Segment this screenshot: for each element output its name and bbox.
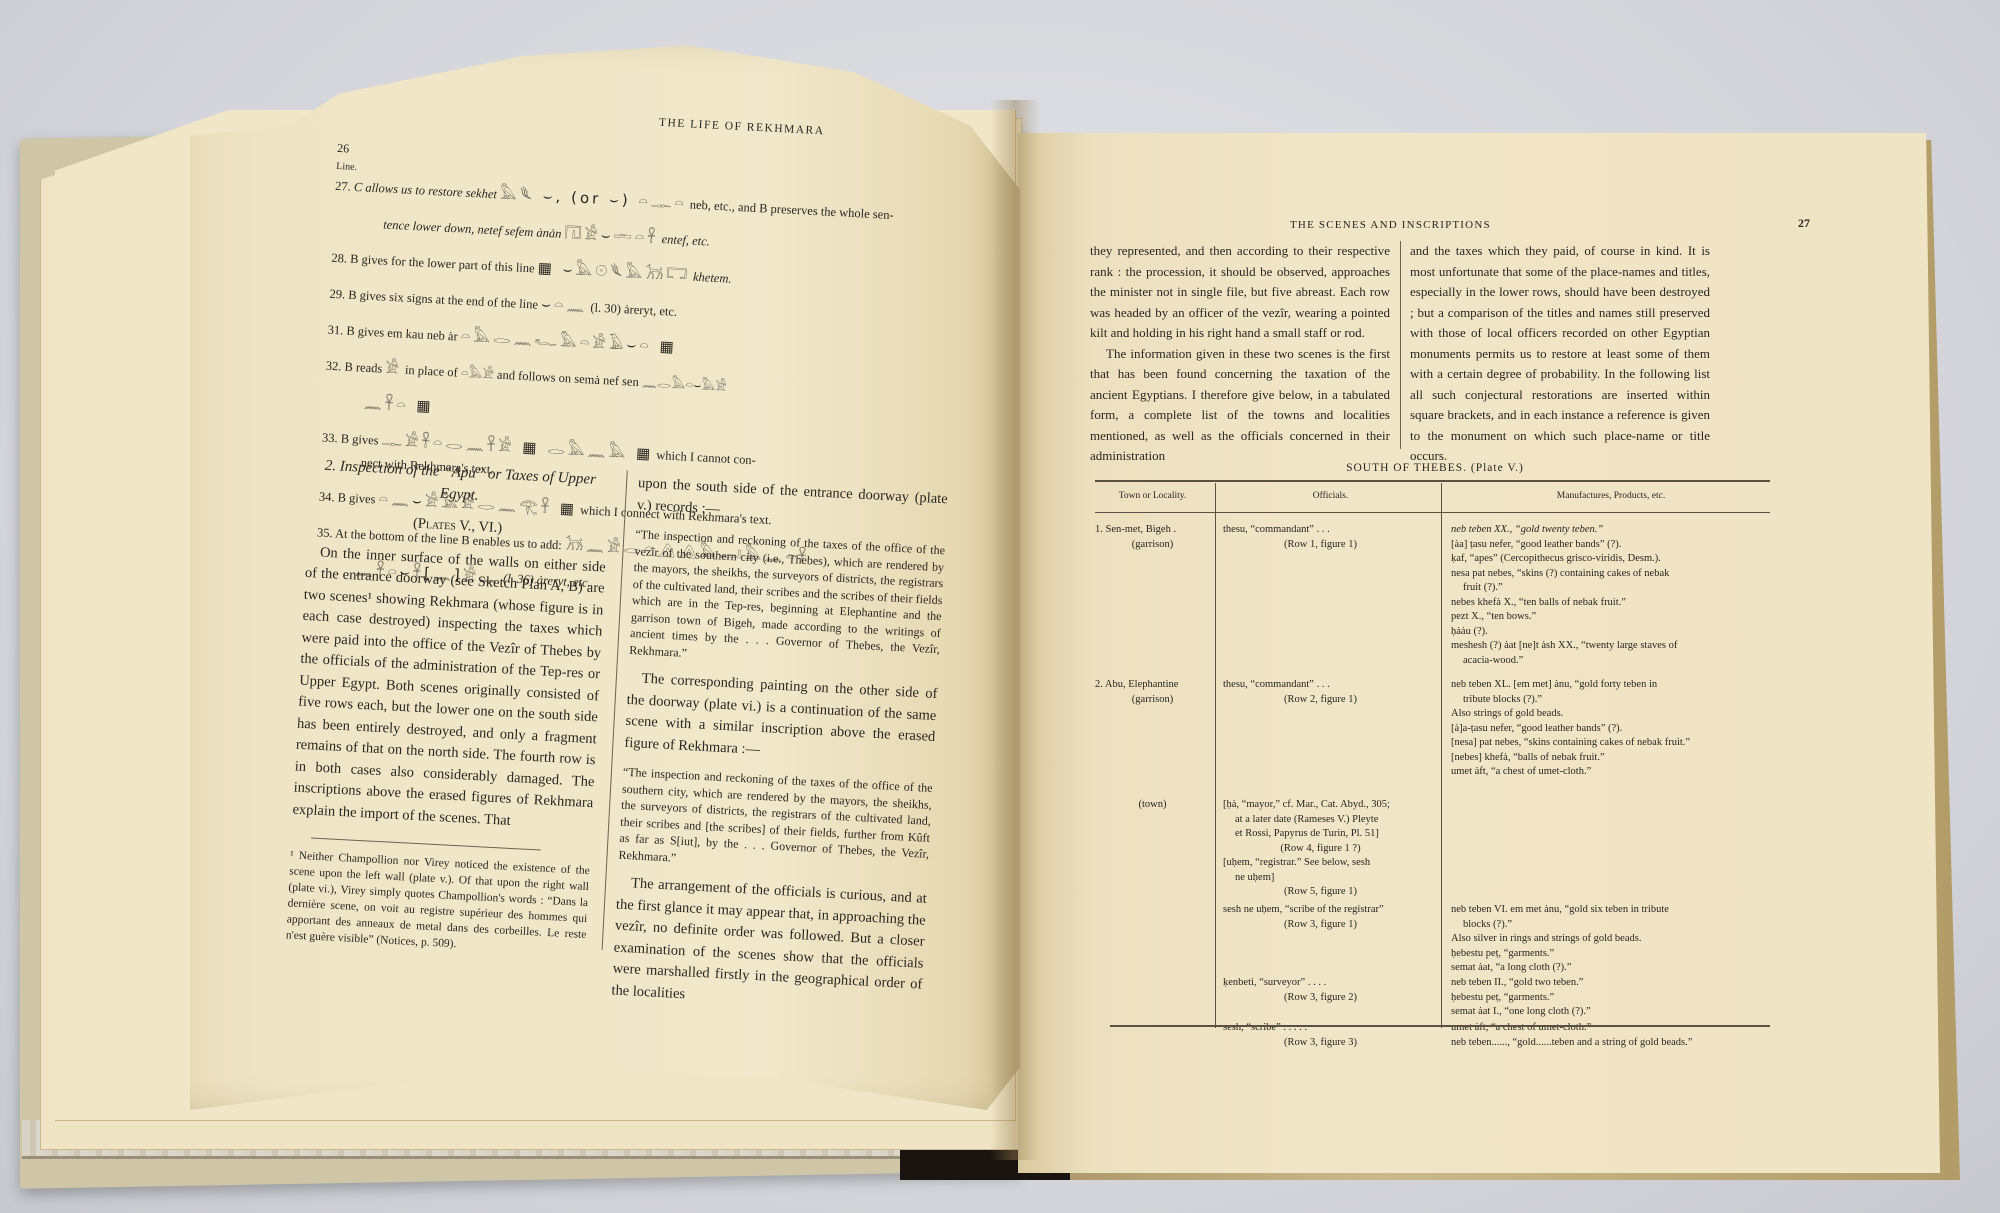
column-rule [1400,241,1401,449]
inscription-quote: “The inspection and reckoning of the tax… [618,764,933,879]
footnote: ¹ Neither Champollion nor Virey noticed … [286,847,591,959]
table-rule [1215,483,1216,1028]
page-number-left: 26 [337,139,350,159]
body-paragraph: The corresponding painting on the other … [624,668,938,770]
right-column: upon the south side of the entrance door… [611,473,948,1017]
body-paragraph: The information given in these two scene… [1090,344,1390,467]
table-body: 1. Sen-met, Bigeh .(garrison) thesu, “co… [1095,513,1770,1048]
body-paragraph: On the inner surface of the walls on eit… [292,541,606,836]
table-title: SOUTH OF THEBES. (Plate V.) [1090,462,1780,474]
header-products: Manufactures, Products, etc. [1451,489,1771,504]
running-head-right: THE SCENES AND INSCRIPTIONS [1290,215,1491,236]
body-paragraph: The arrangement of the officials is curi… [611,873,927,1018]
hieroglyph-group: 𓈖𓋹𓏏 ▦ [363,394,434,416]
hieroglyph-group: ⌣𓏏𓈖 [541,295,588,315]
header-officials: Officials. [1223,489,1438,504]
hieroglyph-group: ▦ ⌣𓅓𓇳𓆰𓅓𓃡𓉐 [537,259,690,285]
table-rule [1441,483,1442,1028]
table-header: Town or Locality. Officials. Manufacture… [1095,480,1770,513]
left-column: 2. Inspection of the “Apu” or Taxes of U… [286,454,611,959]
right-page-column-2: and the taxes which they paid, of course… [1410,241,1710,467]
plates-reference: (Plates V., VI.) [307,508,608,545]
body-paragraph: they represented, and then according to … [1090,241,1390,344]
inscription-quote: “The inspection and reckoning of the tax… [629,526,945,674]
table-end-rule [1110,1025,1770,1027]
body-paragraph: and the taxes which they paid, of course… [1410,241,1710,467]
hieroglyph-group: 𓉔𓀀⌣𓏛𓏏𓋹 [564,224,659,247]
footnote-rule [311,838,541,851]
page-number-right: 27 [1798,213,1810,234]
right-page-column-1: they represented, and then according to … [1090,241,1390,467]
hieroglyph-group: 𓀀 [385,359,402,378]
header-town: Town or Locality. [1095,489,1210,504]
hieroglyph-group: 𓏏𓅓𓂋𓈖𓆑𓅓𓏏𓀀𓄿⌣𓏏 ▦ [460,327,677,356]
taxes-table: Town or Locality. Officials. Manufacture… [1095,480,1770,1048]
